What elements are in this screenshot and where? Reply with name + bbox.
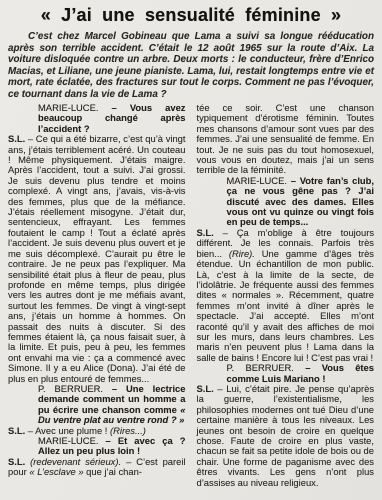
newspaper-article-page: « J’ai une sensualité féminine » C’est c… xyxy=(0,0,382,500)
article-column-2: tée ce soir. C’est une chanson typiqueme… xyxy=(197,103,375,500)
speaker-label: MARIE-LUCE. xyxy=(227,175,291,186)
speaker-label: S.L. xyxy=(8,425,28,436)
question-block: MARIE-LUCE. – Votre fan’s club, ça ne vo… xyxy=(227,176,375,228)
text-segment: – Ce qui a été bizarre, c’est qu’à vingt… xyxy=(8,133,186,383)
question-block: MARIE-LUCE. – Et avec ça ? Allez un peu … xyxy=(38,436,186,457)
article-intro: C’est chez Marcel Gobineau que Lama a su… xyxy=(8,31,374,100)
speaker-label: S.L. xyxy=(8,456,30,467)
article-column-1: MARIE-LUCE. – Vous avez beaucoup changé … xyxy=(8,103,186,500)
speaker-label: S.L. xyxy=(197,227,223,238)
continuation-block: tée ce soir. C’est une chanson typiqueme… xyxy=(197,103,375,176)
text-segment: – Avec une plume ! xyxy=(28,425,110,436)
question-block: P. BERRUER. – Vous êtes comme Luis Maria… xyxy=(227,363,375,384)
text-segment: (Rires...) xyxy=(110,425,146,436)
text-segment: Une gamme d’âges très étendue. Un échant… xyxy=(197,248,375,363)
text-segment: tée ce soir. C’est une chanson typiqueme… xyxy=(197,103,375,175)
answer-block: S.L. – Lui, c’était pire. Je pense qu’ap… xyxy=(197,384,375,488)
answer-block: S.L. (redevenant sérieux). – C’est parei… xyxy=(8,457,186,478)
answer-block: S.L. – Ce qui a été bizarre, c’est qu’à … xyxy=(8,134,186,384)
speaker-label: S.L. xyxy=(8,133,28,144)
text-segment: (Rire). xyxy=(229,248,255,259)
article-title: « J’ai une sensualité féminine » xyxy=(0,0,382,26)
speaker-label: MARIE-LUCE. xyxy=(38,435,106,446)
text-segment: (redevenant sérieux). xyxy=(30,456,121,467)
text-segment: que j’ai chan- xyxy=(84,466,142,477)
question-block: MARIE-LUCE. – Vous avez beaucoup changé … xyxy=(38,103,186,134)
answer-block: S.L. – Ça m’oblige à être toujours diffé… xyxy=(197,228,375,363)
article-columns: MARIE-LUCE. – Vous avez beaucoup changé … xyxy=(8,103,374,500)
text-segment: « L’esclave » xyxy=(29,466,83,477)
question-block: P. BERRUER. – Une lectrice demande comme… xyxy=(38,384,186,426)
text-segment: – Lui, c’était pire. Je pense qu’après l… xyxy=(197,383,375,488)
speaker-label: S.L. xyxy=(197,383,218,394)
speaker-label: P. BERRUER. xyxy=(38,383,112,394)
speaker-label: P. BERRUER. xyxy=(227,362,306,373)
